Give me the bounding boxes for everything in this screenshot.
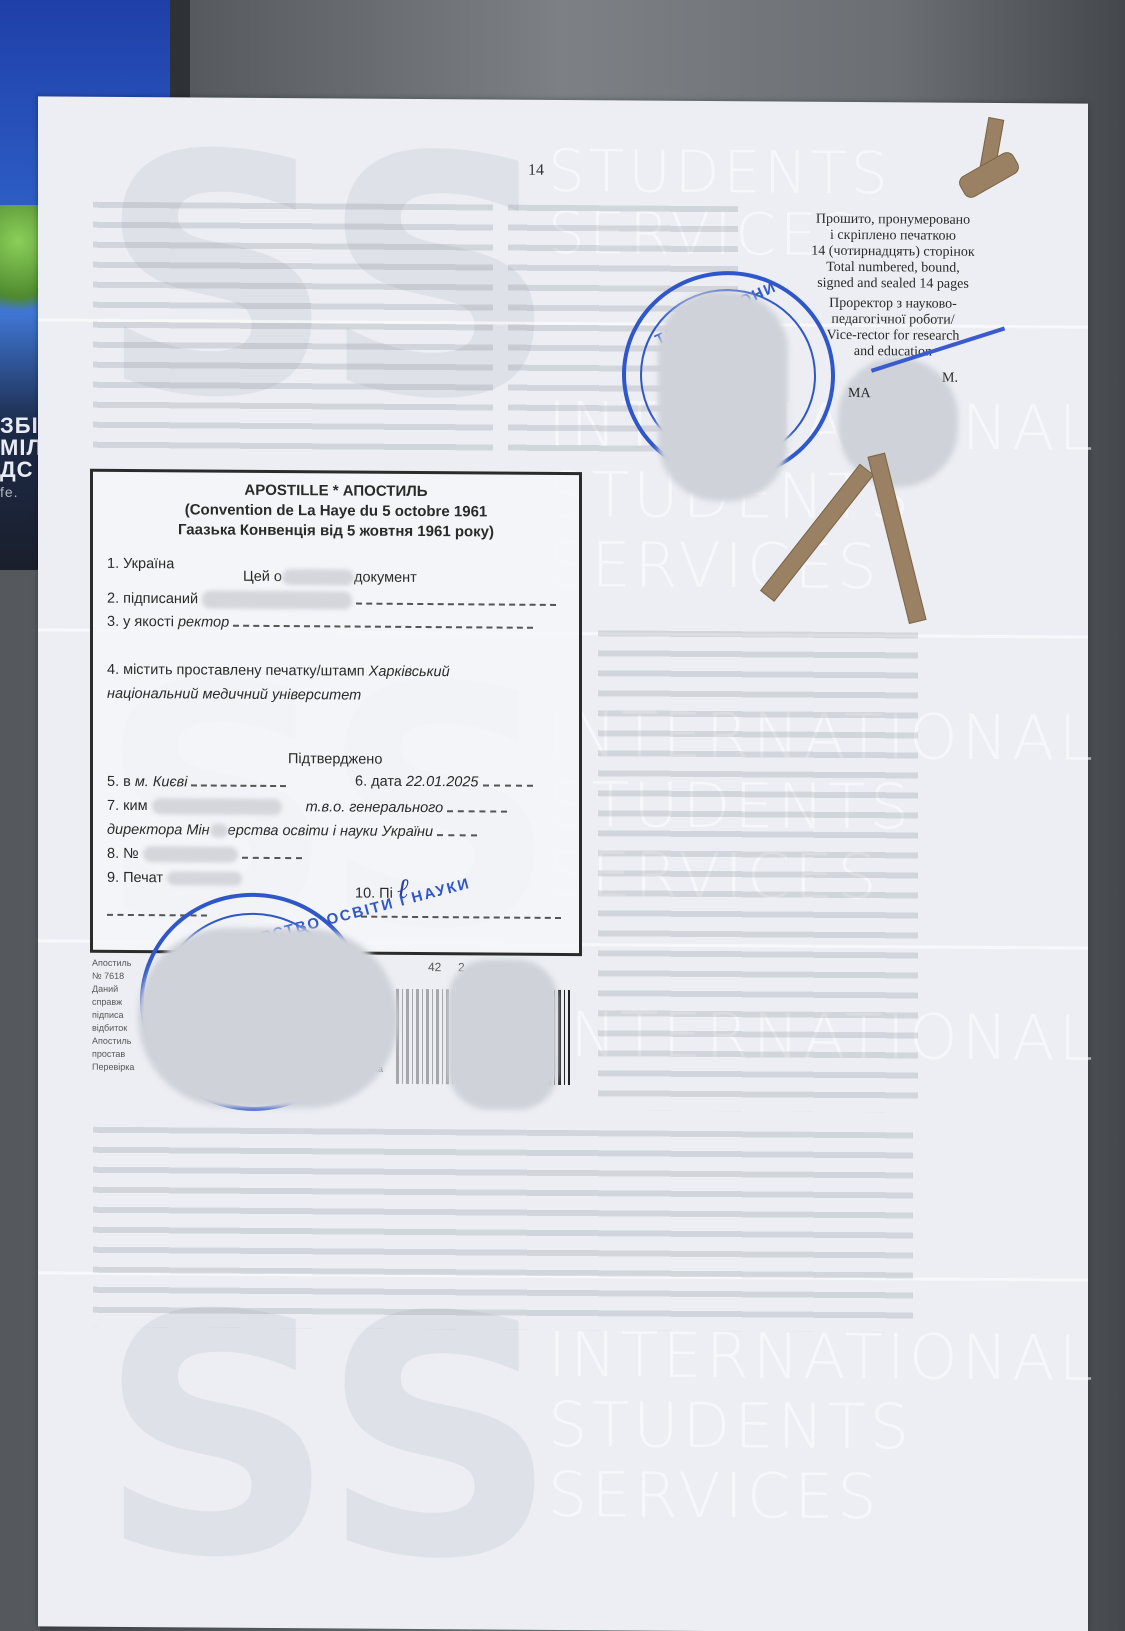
poster-line: ДС <box>0 459 43 481</box>
poster-line: fe. <box>0 481 43 503</box>
field-place: 5. в м. Києві <box>107 774 286 791</box>
poster-line: ЗБІ <box>0 415 43 437</box>
field-number: 8. № <box>107 846 302 864</box>
binding-certification-note: Прошито, пронумеровано і скріплено печат… <box>788 212 998 403</box>
redaction-blur <box>138 927 398 1109</box>
poster-text: ЗБІ МІЛ ДС fe. <box>0 415 43 503</box>
background-surface <box>0 570 40 1631</box>
document-page: SS SS SS STUDENTS SERVICES INTERNATIONAL… <box>38 96 1088 1631</box>
redaction-blur <box>448 959 558 1110</box>
field-by-whom: 7. ким т.в.о. генерального <box>107 798 507 817</box>
field-stamp: 9. Печат <box>107 870 242 887</box>
field-capacity: 3. у якості ректор <box>107 614 533 633</box>
redaction-blur <box>658 291 788 502</box>
apostille-footnote: Апостиль № 7618 Даний справж підписа від… <box>92 957 134 1074</box>
field-date: 6. дата 22.01.2025 <box>355 774 533 791</box>
apostille-box: APOSTILLE * АПОСТИЛЬ (Convention de La H… <box>90 469 582 956</box>
field-seal: 4. містить проставлену печатку/штамп Хар… <box>107 662 450 680</box>
poster-line: МІЛ <box>0 437 43 459</box>
signatory-name: МА <box>848 386 998 403</box>
faint-body-text <box>598 630 918 1112</box>
field-by-whom-continued: директора Мінерства освіти і науки Украї… <box>107 822 477 841</box>
field-signed-by: 2. підписаний <box>107 590 556 611</box>
page-number: 14 <box>528 162 544 180</box>
watermark-text: INTERNATIONAL STUDENTS SERVICES <box>548 1320 1097 1534</box>
watermark-logo: SS <box>98 1287 559 1590</box>
faint-body-text <box>93 1127 913 1333</box>
field-country: 1. Україна <box>107 556 174 572</box>
faint-body-text <box>93 202 493 455</box>
field-public-document-note: Цей одокумент <box>243 569 417 586</box>
apostille-title: APOSTILLE * АПОСТИЛЬ (Convention de La H… <box>93 480 579 543</box>
binding-ribbon <box>760 464 874 602</box>
field-seal-value: національний медичний університет <box>107 686 361 704</box>
background-frame <box>170 0 190 110</box>
confirmed-heading: Підтверджено <box>288 751 382 768</box>
